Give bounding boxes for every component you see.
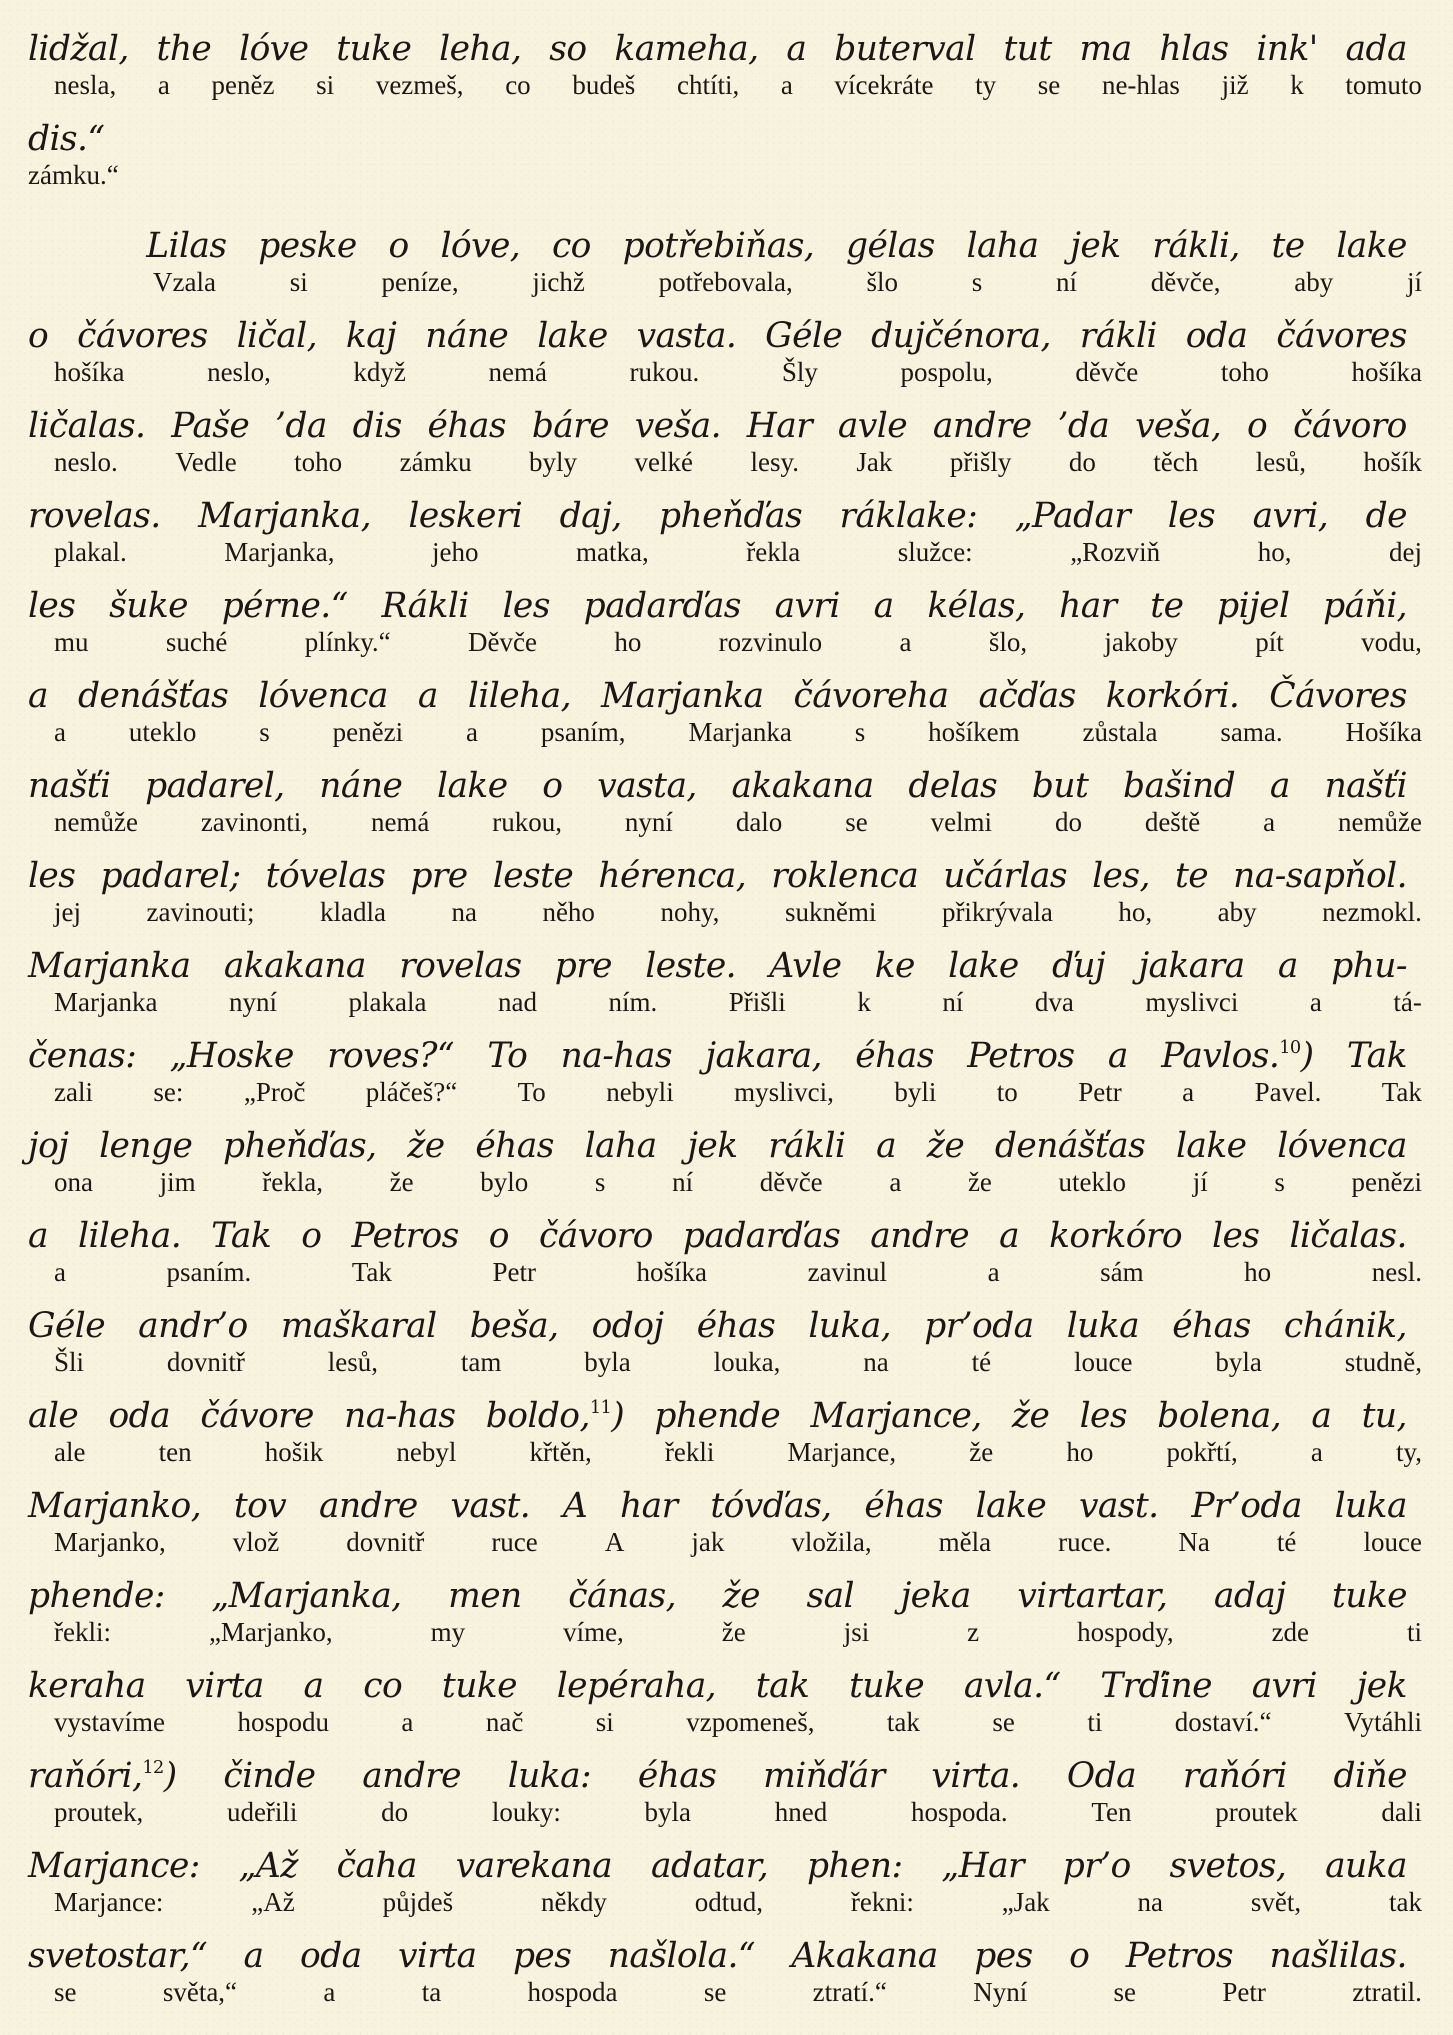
line-pair-17: Marjanko,tovandrevast.Ahartóvďas,éhaslak… <box>28 1485 1428 1557</box>
line-pair-10: lespadarel;tóvelasprelestehérenca,roklen… <box>28 855 1428 927</box>
romani-line: Géleandr’omaškaralbeša,odojéhasluka,pr’o… <box>28 1305 1407 1347</box>
czech-gloss: zámku.“ <box>28 160 1428 190</box>
line-pair-3: Lilaspeskeolóve,copotřebiňas,gélaslahaje… <box>28 225 1428 297</box>
czech-gloss: řekli:„Marjanko,myvíme,žejsizhospody,zde… <box>28 1617 1428 1647</box>
line-pair-9: našťipadarel,nánelakeovasta,akakanadelas… <box>28 765 1428 837</box>
romani-line: kerahavirtaacotukelepéraha,taktukeavla.“… <box>28 1665 1407 1707</box>
romani-line: našťipadarel,nánelakeovasta,akakanadelas… <box>28 765 1407 807</box>
czech-gloss: hošíkaneslo,kdyžnemárukou.Šlypospolu,děv… <box>28 357 1428 387</box>
romani-line: adenášťaslóvencaalileha,Marjankačávoreha… <box>28 675 1407 717</box>
czech-gloss: aletenhošiknebylkřtěn,řekliMarjance,žeho… <box>28 1437 1428 1467</box>
romani-line: dis.“ <box>28 118 1407 160</box>
czech-gloss: sesvěta,“atahospodaseztratí.“NynísePetrz… <box>28 1977 1428 2007</box>
romani-line: ličalas.Paše’dadiséhasbáreveša.Haravlean… <box>28 405 1407 447</box>
czech-gloss: zalise:„Pročpláčeš?“Tonebylimyslivci,byl… <box>28 1077 1428 1107</box>
czech-gloss: Vzalasipeníze,jichžpotřebovala,šlosníděv… <box>28 267 1428 297</box>
romani-line: rovelas.Marjanka,leskeridaj,pheňďasrákla… <box>28 495 1407 537</box>
czech-gloss: auteklospeněziapsaním,Marjankashošíkemzů… <box>28 717 1428 747</box>
czech-gloss: apsaním.TakPetrhošíkazavinulasámhonesl. <box>28 1257 1428 1287</box>
czech-gloss: plakal.Marjanka,jehomatka,řeklaslužce:„R… <box>28 537 1428 567</box>
line-pair-11: Marjankaakakanarovelaspreleste.Avlekelak… <box>28 945 1428 1017</box>
romani-line: raňóri,12)čindeandreluka:éhasmiňďárvirta… <box>28 1755 1407 1797</box>
czech-gloss: nesla,apenězsivezmeš,cobudešchtíti,avíce… <box>28 70 1428 100</box>
czech-text: zámku.“ <box>28 160 119 190</box>
line-pair-12: čenas:„Hoskeroves?“Tona-hasjakara,éhasPe… <box>28 1035 1428 1107</box>
line-pair-7: lesšukepérne.“Ráklilespadarďasavriakélas… <box>28 585 1428 657</box>
line-pair-8: adenášťaslóvencaalileha,Marjankačávoreha… <box>28 675 1428 747</box>
romani-line: očávoresličal,kajnánelakevasta.Géledujčé… <box>28 315 1407 357</box>
romani-line: čenas:„Hoskeroves?“Tona-hasjakara,éhasPe… <box>28 1035 1407 1077</box>
line-pair-6: rovelas.Marjanka,leskeridaj,pheňďasrákla… <box>28 495 1428 567</box>
romani-text: raňóri,12)čindeandreluka:éhasmiňďárvirta… <box>28 1755 1407 1797</box>
romani-text: aleodačávorena-hasboldo,11)phendeMarjanc… <box>28 1395 1407 1437</box>
footnote-marker: 11 <box>590 1397 611 1418</box>
line-pair-1: lidžal,thelóvetukeleha,sokameha,abuterva… <box>28 28 1428 100</box>
line-pair-16: aleodačávorena-hasboldo,11)phendeMarjanc… <box>28 1395 1428 1467</box>
czech-gloss: Marjankanyníplakalanadním.Přišliknídvamy… <box>28 987 1428 1017</box>
line-pair-22: svetostar,“aodavirtapesnašlola.“Akakanap… <box>28 1935 1428 2007</box>
romani-line: Marjance:„Ažčahavarekanaadatar,phen:„Har… <box>28 1845 1407 1887</box>
line-pair-18: phende:„Marjanka,menčánas,žesaljekavirta… <box>28 1575 1428 1647</box>
czech-gloss: nemůžezavinonti,nemárukou,nynídalosevelm… <box>28 807 1428 837</box>
romani-line: aleodačávorena-hasboldo,11)phendeMarjanc… <box>28 1395 1407 1437</box>
romani-line: phende:„Marjanka,menčánas,žesaljekavirta… <box>28 1575 1407 1617</box>
czech-gloss: vystavímehospoduanačsivzpomeneš,taksetid… <box>28 1707 1428 1737</box>
line-pair-15: Géleandr’omaškaralbeša,odojéhasluka,pr’o… <box>28 1305 1428 1377</box>
romani-line: lespadarel;tóvelasprelestehérenca,roklen… <box>28 855 1407 897</box>
line-pair-4: očávoresličal,kajnánelakevasta.Géledujčé… <box>28 315 1428 387</box>
line-pair-5: ličalas.Paše’dadiséhasbáreveša.Haravlean… <box>28 405 1428 477</box>
line-pair-14: alileha.TakoPetrosočávoropadarďasandreak… <box>28 1215 1428 1287</box>
romani-line: svetostar,“aodavirtapesnašlola.“Akakanap… <box>28 1935 1407 1977</box>
book-page: lidžal,thelóvetukeleha,sokameha,abuterva… <box>0 0 1453 2035</box>
romani-line: Marjankaakakanarovelaspreleste.Avlekelak… <box>28 945 1407 987</box>
line-pair-2: dis.“ zámku.“ <box>28 118 1428 190</box>
czech-gloss: neslo.Vedletohozámkubylyvelkélesy.Jakpři… <box>28 447 1428 477</box>
czech-gloss: onajimřekla,žebylosníděvčeažeuteklojíspe… <box>28 1167 1428 1197</box>
romani-line: jojlengepheňďas,žeéhaslahajekrákliažeden… <box>28 1125 1407 1167</box>
czech-gloss: proutek,udeřilidolouky:bylahnedhospoda.T… <box>28 1797 1428 1827</box>
czech-gloss: Marjanko,vloždovnitřruceAjakvložila,měla… <box>28 1527 1428 1557</box>
romani-text: dis.“ <box>28 118 104 160</box>
czech-gloss: musuchéplínky.“Děvčehorozvinuloašlo,jako… <box>28 627 1428 657</box>
romani-line: lesšukepérne.“Ráklilespadarďasavriakélas… <box>28 585 1407 627</box>
romani-line: Marjanko,tovandrevast.Ahartóvďas,éhaslak… <box>28 1485 1407 1527</box>
footnote-marker: 12 <box>142 1757 163 1778</box>
romani-line: alileha.TakoPetrosočávoropadarďasandreak… <box>28 1215 1407 1257</box>
footnote-marker: 10 <box>1279 1037 1300 1058</box>
romani-line: lidžal,thelóvetukeleha,sokameha,abuterva… <box>28 28 1407 70</box>
romani-text: čenas:„Hoskeroves?“Tona-hasjakara,éhasPe… <box>28 1035 1407 1077</box>
czech-gloss: Šlidovnitřlesů,tambylalouka,natéloucebyl… <box>28 1347 1428 1377</box>
line-pair-21: Marjance:„Ažčahavarekanaadatar,phen:„Har… <box>28 1845 1428 1917</box>
czech-gloss: jejzavinouti;kladlananěhonohy,sukněmipři… <box>28 897 1428 927</box>
line-pair-13: jojlengepheňďas,žeéhaslahajekrákliažeden… <box>28 1125 1428 1197</box>
line-pair-20: raňóri,12)čindeandreluka:éhasmiňďárvirta… <box>28 1755 1428 1827</box>
czech-gloss: Marjance:„Ažpůjdešněkdyodtud,řekni:„Jakn… <box>28 1887 1428 1917</box>
romani-line: Lilaspeskeolóve,copotřebiňas,gélaslahaje… <box>28 225 1407 267</box>
line-pair-19: kerahavirtaacotukelepéraha,taktukeavla.“… <box>28 1665 1428 1737</box>
